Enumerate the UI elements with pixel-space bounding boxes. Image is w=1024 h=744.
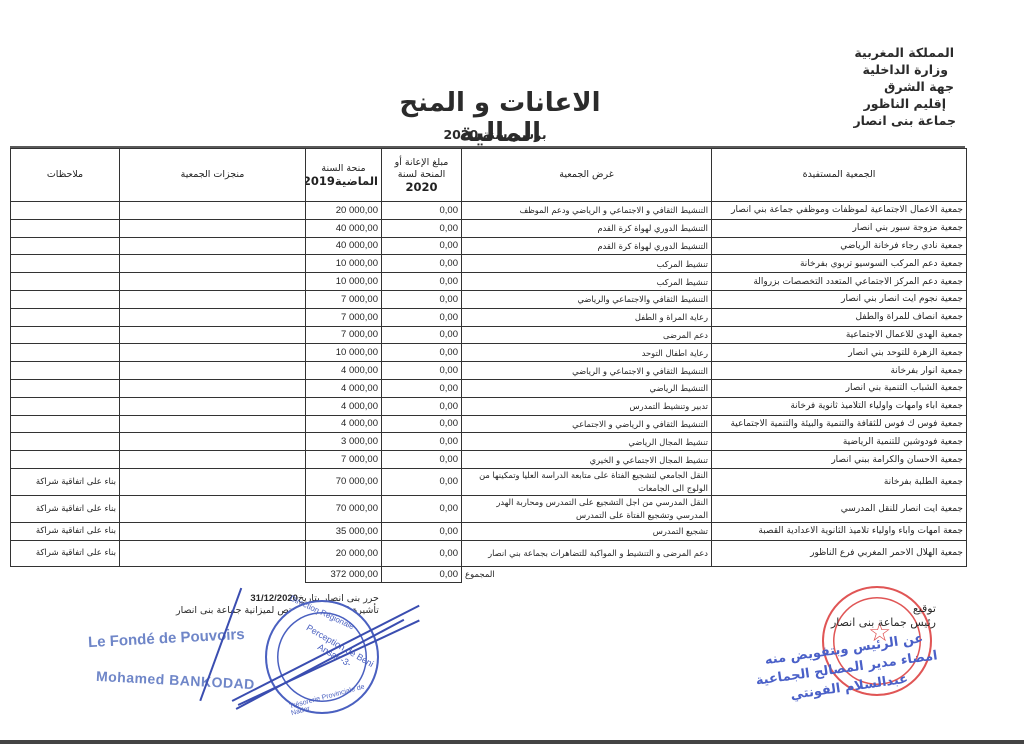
total-spacer: [712, 566, 967, 582]
notes-cell: [11, 415, 120, 433]
association-cell: جمعية نادي رجاء فرخانة الرياضي: [712, 237, 967, 255]
table-row: جمعية فوس ك فوس للثقافة والتنمية والبيئة…: [11, 415, 967, 433]
col-achievements: منجزات الجمعية: [120, 149, 306, 202]
association-cell: جمعية الزهرة للتوحد بني انصار: [712, 344, 967, 362]
col-amount-2020-line3: 2020: [385, 181, 458, 193]
purpose-cell: تنشيط المجال الاجتماعي و الخيري: [462, 451, 712, 469]
purpose-cell: رعاية اطفال التوحد: [462, 344, 712, 362]
amount-2020-cell: 0,00: [382, 326, 462, 344]
association-cell: جمعية انصاف للمراة والطفل: [712, 308, 967, 326]
table-row: جمعية الهلال الاحمر المغربي فرع الناظورد…: [11, 540, 967, 566]
grant-2019-cell: 7 000,00: [306, 326, 382, 344]
amount-2020-cell: 0,00: [382, 522, 462, 540]
notes-cell: [11, 202, 120, 220]
purpose-cell: دعم المرضى: [462, 326, 712, 344]
association-cell: جمعية اباء وامهات واولياء التلاميذ ثانوي…: [712, 397, 967, 415]
table-row: جمعية نادي رجاء فرخانة الرياضيالتنشيط ال…: [11, 237, 967, 255]
notes-cell: [11, 273, 120, 291]
association-cell: جمعية الاعمال الاجتماعية لموظفات وموظفي …: [712, 202, 967, 220]
achievements-cell: [120, 237, 306, 255]
total-label: المجموع: [462, 566, 712, 582]
grant-2019-cell: 7 000,00: [306, 451, 382, 469]
amount-2020-cell: 0,00: [382, 468, 462, 495]
header-line-ministry: وزارة الداخلية: [853, 61, 962, 78]
amount-2020-cell: 0,00: [382, 273, 462, 291]
amount-2020-cell: 0,00: [382, 540, 462, 566]
notes-cell: بناء على اتفاقية شراكة: [11, 540, 120, 566]
amount-2020-cell: 0,00: [382, 362, 462, 380]
issued-at-line: حرر بنى انصار بتاريخ31/12/2020: [176, 593, 379, 605]
amount-2020-cell: 0,00: [382, 397, 462, 415]
table-row: جمعية مزوجة سبور بني انصارالتنشيط الدوري…: [11, 219, 967, 237]
grant-2019-cell: 10 000,00: [306, 344, 382, 362]
notes-cell: بناء على اتفاقية شراكة: [11, 522, 120, 540]
col-amount-2020: مبلغ الإعانة أو المنحة لسنة 2020: [382, 149, 462, 202]
amount-2020-cell: 0,00: [382, 433, 462, 451]
purpose-cell: تشجيع التمدرس: [462, 522, 712, 540]
purpose-cell: التنشيط الدوري لهواة كرة القدم: [462, 237, 712, 255]
table-row: جمعية الزهرة للتوحد بني انصاررعاية اطفال…: [11, 344, 967, 362]
total-row: المجموع0,00372 000,00: [11, 566, 967, 582]
amount-2020-cell: 0,00: [382, 415, 462, 433]
association-cell: جمعة امهات واباء واولياء تلاميذ الثانوية…: [712, 522, 967, 540]
notes-cell: [11, 433, 120, 451]
purpose-cell: تنشيط المركب: [462, 255, 712, 273]
notes-cell: [11, 219, 120, 237]
grant-2019-cell: 10 000,00: [306, 255, 382, 273]
achievements-cell: [120, 433, 306, 451]
achievements-cell: [120, 273, 306, 291]
association-cell: جمعية فودوشين للتنمية الرياضية: [712, 433, 967, 451]
notes-cell: [11, 255, 120, 273]
achievements-cell: [120, 379, 306, 397]
association-cell: جمعية الطلبة بفرخانة: [712, 468, 967, 495]
issuing-authority-header: المملكة المغربية وزارة الداخلية جهة الشر…: [853, 44, 962, 129]
purpose-cell: التنشيط الثقافي و الاجتماعي و الرياضي ود…: [462, 202, 712, 220]
purpose-cell: تنشيط المجال الرياضي: [462, 433, 712, 451]
amount-2020-cell: 0,00: [382, 255, 462, 273]
association-cell: جمعية ايت انصار للنقل المدرسي: [712, 495, 967, 522]
purpose-cell: التنشيط الرياضي: [462, 379, 712, 397]
purpose-cell: التنشيط الدوري لهواة كرة القدم: [462, 219, 712, 237]
purpose-cell: دعم المرضى و التنشيط و المواكبة للتضاهرا…: [462, 540, 712, 566]
achievements-cell: [120, 468, 306, 495]
amount-2020-cell: 0,00: [382, 379, 462, 397]
association-cell: جمعية نجوم ايت انصار بني انصار: [712, 290, 967, 308]
purpose-cell: التنشيط الثقافي والاجتماعي والرياضي: [462, 290, 712, 308]
col-association: الجمعية المستفيدة: [712, 149, 967, 202]
notes-cell: [11, 397, 120, 415]
document-subtitle: برسم سنة 2020: [420, 127, 570, 142]
achievements-cell: [120, 202, 306, 220]
achievements-cell: [120, 397, 306, 415]
grant-2019-cell: 35 000,00: [306, 522, 382, 540]
header-line-commune: جماعة بنى انصار: [853, 112, 962, 129]
amount-2020-cell: 0,00: [382, 495, 462, 522]
table-row: جمعية الشباب التنمية بني انصارالتنشيط ال…: [11, 379, 967, 397]
col-purpose: غرض الجمعية: [462, 149, 712, 202]
grant-2019-cell: 20 000,00: [306, 540, 382, 566]
proxy-stamp-name: Mohamed BANKODAD: [96, 668, 256, 692]
notes-cell: [11, 344, 120, 362]
grant-2019-cell: 40 000,00: [306, 237, 382, 255]
association-cell: جمعية فوس ك فوس للثقافة والتنمية والبيئة…: [712, 415, 967, 433]
notes-cell: [11, 308, 120, 326]
achievements-cell: [120, 451, 306, 469]
table-row: جمعية انصاف للمراة والطفلرعاية المراة و …: [11, 308, 967, 326]
amount-2020-cell: 0,00: [382, 344, 462, 362]
amount-2020-cell: 0,00: [382, 202, 462, 220]
notes-cell: [11, 290, 120, 308]
amount-2020-cell: 0,00: [382, 237, 462, 255]
treasury-round-stamp: Direction Régionale Perception de Beni A…: [265, 600, 379, 714]
achievements-cell: [120, 290, 306, 308]
total-spacer: [120, 566, 306, 582]
purpose-cell: النقل الجامعي لتشجيع الفتاة على متابعة ا…: [462, 468, 712, 495]
purpose-cell: النقل المدرسي من اجل التشجيع على التمدرس…: [462, 495, 712, 522]
grant-2019-cell: 70 000,00: [306, 468, 382, 495]
col-grant-2019-line2: الماضية2019: [309, 175, 378, 187]
table-row: جمعية دعم المركب السوسيو تربوي بفرخانةتن…: [11, 255, 967, 273]
association-cell: جمعية دعم المركز الاجتماعي المتعدد التخص…: [712, 273, 967, 291]
achievements-cell: [120, 540, 306, 566]
purpose-cell: تنشيط المركب: [462, 273, 712, 291]
notes-cell: [11, 451, 120, 469]
notes-cell: بناء على اتفاقية شراكة: [11, 468, 120, 495]
table-row: جمعية الهدى للاعمال الاجتماعيةدعم المرضى…: [11, 326, 967, 344]
grant-2019-cell: 4 000,00: [306, 379, 382, 397]
table-row: جمعية نجوم ايت انصار بني انصارالتنشيط ال…: [11, 290, 967, 308]
signature-label: توقيع: [831, 602, 936, 616]
grant-2019-cell: 4 000,00: [306, 397, 382, 415]
grant-2019-cell: 40 000,00: [306, 219, 382, 237]
notes-cell: بناء على اتفاقية شراكة: [11, 495, 120, 522]
grants-table: الجمعية المستفيدة غرض الجمعية مبلغ الإعا…: [10, 148, 967, 583]
grant-2019-cell: 70 000,00: [306, 495, 382, 522]
table-row: جمعية الاعمال الاجتماعية لموظفات وموظفي …: [11, 202, 967, 220]
delegated-signature-stamp: عن الرئيس وبتفويض منه امضاء مدير المصالح…: [752, 628, 941, 710]
amount-2020-cell: 0,00: [382, 451, 462, 469]
notes-cell: [11, 237, 120, 255]
table-row: جمعية ايت انصار للنقل المدرسيالنقل المدر…: [11, 495, 967, 522]
notes-cell: [11, 326, 120, 344]
grant-2019-cell: 4 000,00: [306, 415, 382, 433]
table-row: جمعية دعم المركز الاجتماعي المتعدد التخص…: [11, 273, 967, 291]
association-cell: جمعية الشباب التنمية بني انصار: [712, 379, 967, 397]
header-line-province: إقليم الناظور: [853, 95, 962, 112]
association-cell: جمعية دعم المركب السوسيو تربوي بفرخانة: [712, 255, 967, 273]
purpose-cell: تدبير وتنشيط التمدرس: [462, 397, 712, 415]
president-title: رئيس جماعة بنى انصار: [831, 616, 936, 630]
association-cell: جمعية الاحسان والكرامة ببني انصار: [712, 451, 967, 469]
total-spacer: [11, 566, 120, 582]
achievements-cell: [120, 308, 306, 326]
association-cell: جمعية انوار بفرخانة: [712, 362, 967, 380]
achievements-cell: [120, 495, 306, 522]
col-notes: ملاحظات: [11, 149, 120, 202]
col-grant-2019: منحة السنة الماضية2019: [306, 149, 382, 202]
round-stamp-bottom-text: Trésorerie Provinciale de Nador: [289, 681, 378, 717]
notes-cell: [11, 379, 120, 397]
association-cell: جمعية الهدى للاعمال الاجتماعية: [712, 326, 967, 344]
col-amount-2020-line1: مبلغ الإعانة أو: [385, 157, 458, 169]
table-header-row: الجمعية المستفيدة غرض الجمعية مبلغ الإعا…: [11, 149, 967, 202]
achievements-cell: [120, 522, 306, 540]
association-cell: جمعية مزوجة سبور بني انصار: [712, 219, 967, 237]
table-row: جمعية الاحسان والكرامة ببني انصارتنشيط ا…: [11, 451, 967, 469]
achievements-cell: [120, 255, 306, 273]
grant-2019-cell: 4 000,00: [306, 362, 382, 380]
amount-2020-cell: 0,00: [382, 308, 462, 326]
table-row: جمعية اباء وامهات واولياء التلاميذ ثانوي…: [11, 397, 967, 415]
total-amount-2020: 0,00: [382, 566, 462, 582]
header-line-kingdom: المملكة المغربية: [853, 44, 962, 61]
president-signature-block: توقيع رئيس جماعة بنى انصار: [831, 602, 936, 630]
table-row: جمعة امهات واباء واولياء تلاميذ الثانوية…: [11, 522, 967, 540]
header-line-region: جهة الشرق: [853, 78, 962, 95]
achievements-cell: [120, 344, 306, 362]
amount-2020-cell: 0,00: [382, 290, 462, 308]
achievements-cell: [120, 326, 306, 344]
association-cell: جمعية الهلال الاحمر المغربي فرع الناظور: [712, 540, 967, 566]
purpose-cell: رعاية المراة و الطفل: [462, 308, 712, 326]
grant-2019-cell: 7 000,00: [306, 290, 382, 308]
grant-2019-cell: 3 000,00: [306, 433, 382, 451]
purpose-cell: التنشيط الثقافي و الرياضي و الاجتماعي: [462, 415, 712, 433]
grant-2019-cell: 20 000,00: [306, 202, 382, 220]
total-grant-2019: 372 000,00: [306, 566, 382, 582]
table-row: جمعية انوار بفرخانةالتنشيط الثقافي و الا…: [11, 362, 967, 380]
amount-2020-cell: 0,00: [382, 219, 462, 237]
achievements-cell: [120, 415, 306, 433]
table-row: جمعية الطلبة بفرخانةالنقل الجامعي لتشجيع…: [11, 468, 967, 495]
grant-2019-cell: 7 000,00: [306, 308, 382, 326]
page-bottom-edge: [0, 740, 1024, 744]
achievements-cell: [120, 219, 306, 237]
table-row: جمعية فودوشين للتنمية الرياضيةتنشيط المج…: [11, 433, 967, 451]
notes-cell: [11, 362, 120, 380]
purpose-cell: التنشيط الثقافي و الاجتماعي و الرياضي: [462, 362, 712, 380]
grant-2019-cell: 10 000,00: [306, 273, 382, 291]
achievements-cell: [120, 362, 306, 380]
